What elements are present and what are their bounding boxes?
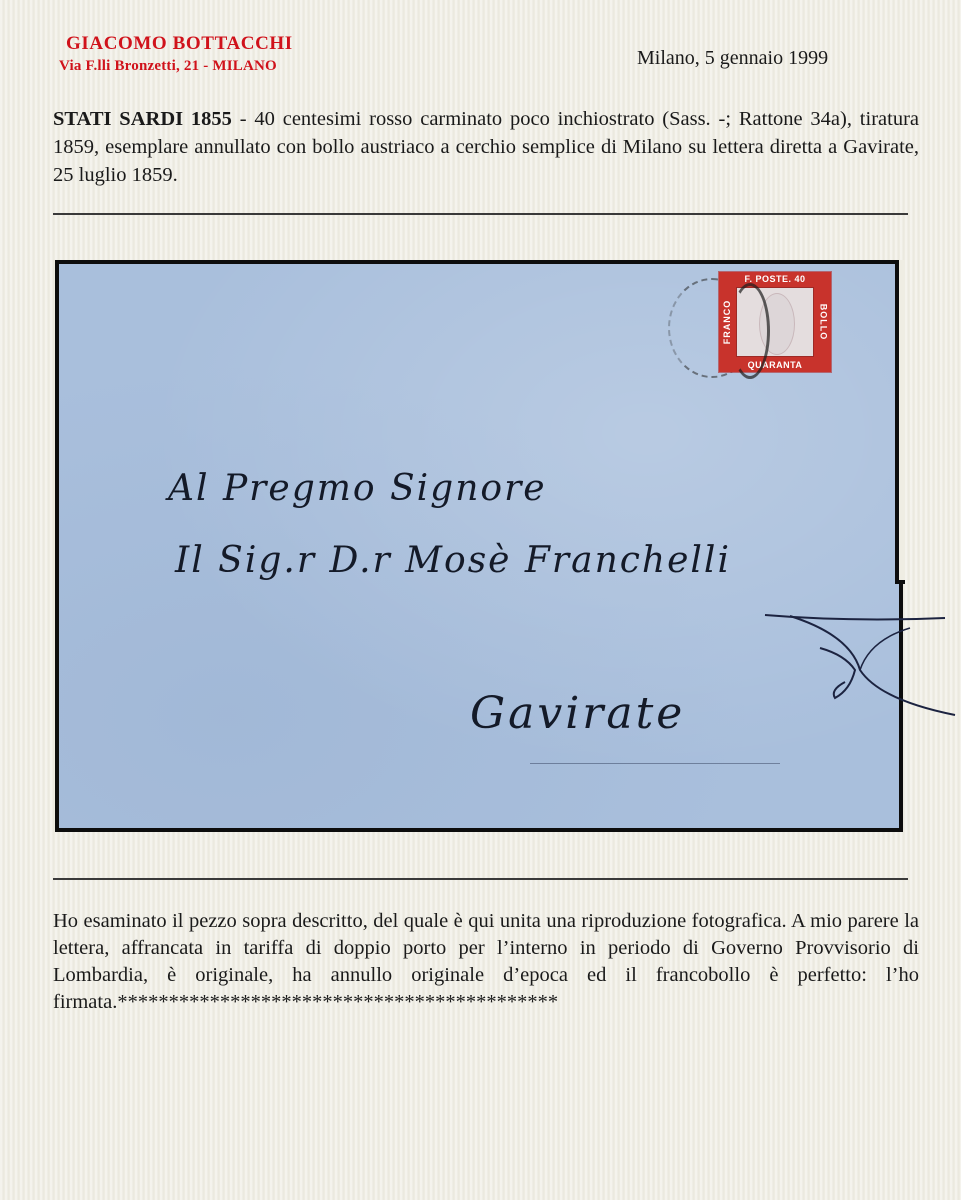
certificate-statement: Ho esaminato il pezzo sopra descritto, d… bbox=[53, 908, 919, 1016]
divider-top bbox=[53, 213, 908, 215]
dealer-name: GIACOMO BOTTACCHI bbox=[66, 33, 293, 55]
address-line-2: Il Sig.r D.r Mosè Franchelli bbox=[175, 540, 731, 581]
certificate-stars: ****************************************… bbox=[117, 991, 558, 1013]
cover-fold-edge-line bbox=[895, 260, 899, 582]
postmark-arc bbox=[730, 283, 770, 379]
dealer-address: Via F.lli Bronzetti, 21 - MILANO bbox=[59, 58, 277, 75]
stamp-right-legend: BOLLO bbox=[818, 304, 828, 341]
place-date: Milano, 5 gennaio 1999 bbox=[637, 47, 828, 70]
stamp-top-legend: F. POSTE. 40 bbox=[719, 274, 831, 284]
cover-fold-step bbox=[895, 580, 905, 584]
address-line-1: Al Pregmo Signore bbox=[168, 468, 547, 509]
address-line-3: Gavirate bbox=[470, 688, 685, 739]
item-title: STATI SARDI 1855 bbox=[53, 108, 232, 130]
address-underline bbox=[530, 763, 780, 764]
item-description: STATI SARDI 1855 - 40 centesimi rosso ca… bbox=[53, 105, 919, 189]
expert-signature-icon bbox=[760, 610, 960, 720]
cover-fold-edge bbox=[899, 260, 905, 582]
divider-bottom bbox=[53, 878, 908, 880]
